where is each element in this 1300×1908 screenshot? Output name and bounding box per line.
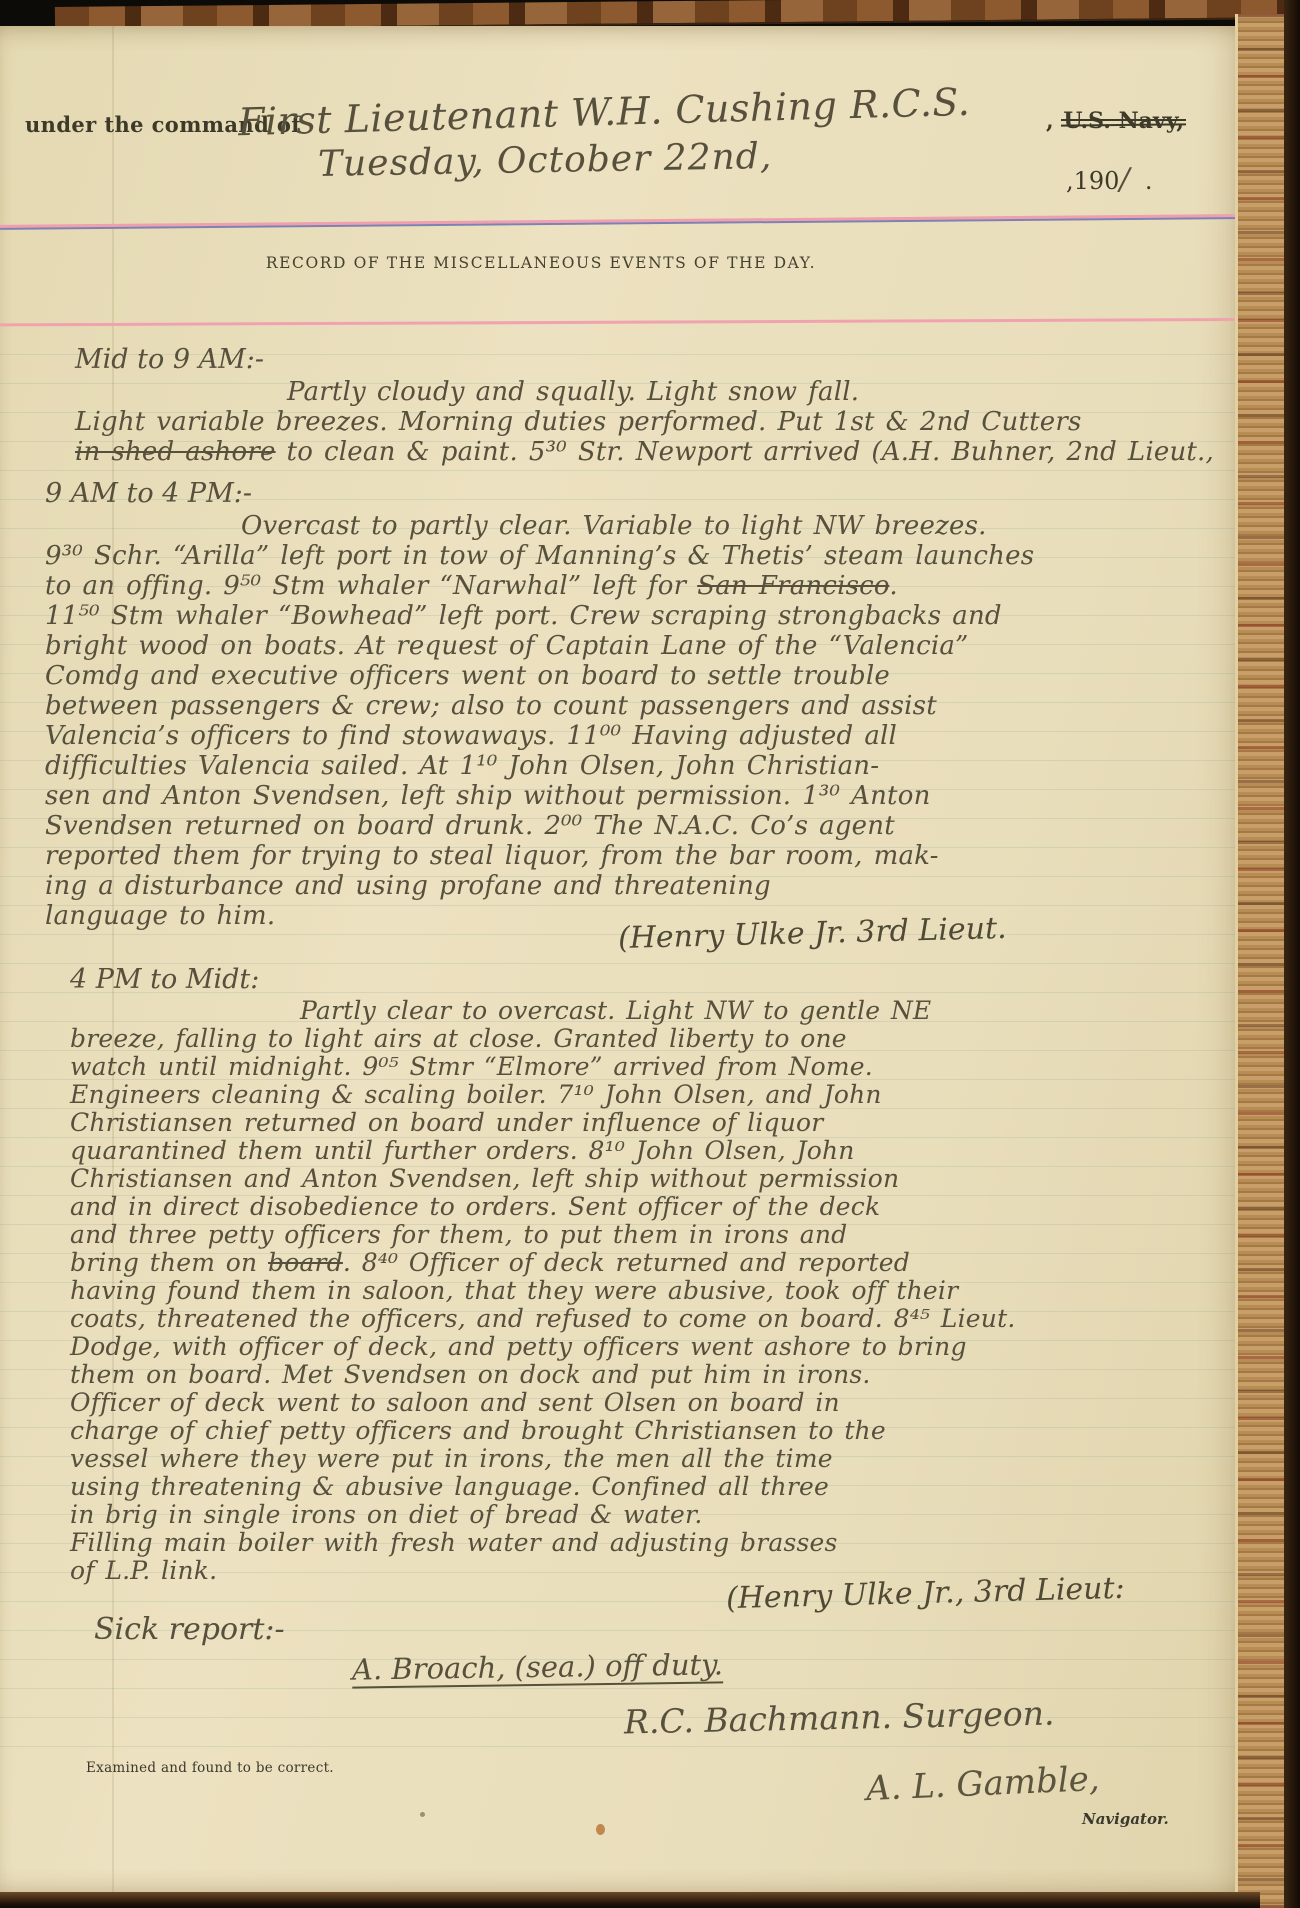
log-line: bright wood on boats. At request of Capt… [45, 631, 1212, 661]
photo-background: under the command of First Lieutenant W.… [0, 0, 1300, 1908]
log-line: quarantined them until further orders. 8… [70, 1137, 1212, 1165]
commander-name-handwritten: First Lieutenant W.H. Cushing R.C.S. [238, 80, 971, 144]
log-line: in brig in single irons on diet of bread… [70, 1501, 1212, 1529]
struck-text: board [268, 1248, 343, 1277]
log-line: Christiansen returned on board under inf… [70, 1109, 1212, 1137]
log-text: to clean & paint. 5³⁰ Str. Newport arriv… [276, 437, 1214, 467]
log-line: Partly clear to overcast. Light NW to ge… [70, 997, 1212, 1025]
period-dot: . [1145, 167, 1153, 195]
record-title: RECORD OF THE MISCELLANEOUS EVENTS OF TH… [0, 254, 1082, 272]
log-line: vessel where they were put in irons, the… [70, 1445, 1212, 1473]
log-line: Officer of deck went to saloon and sent … [70, 1389, 1212, 1417]
sick-report-entry: A. Broach, (sea.) off duty. [352, 1647, 723, 1686]
navy-label-struckthrough: U.S. Navy, [1061, 108, 1186, 134]
examined-printed-note: Examined and found to be correct. [86, 1760, 334, 1776]
log-line: sen and Anton Svendsen, left ship withou… [45, 781, 1212, 811]
log-line: watch until midnight. 9⁰⁵ Stmr “Elmore” … [70, 1053, 1212, 1081]
log-line: Engineers cleaning & scaling boiler. 7¹⁰… [70, 1081, 1212, 1109]
struck-text: in shed ashore [75, 437, 276, 467]
log-line: Christiansen and Anton Svendsen, left sh… [70, 1165, 1212, 1193]
log-text: to an offing. 9⁵⁰ Stm whaler “Narwhal” l… [45, 571, 697, 601]
log-line: Svendsen returned on board drunk. 2⁰⁰ Th… [45, 811, 1212, 841]
section-mid-to-9am: Mid to 9 AM:- Partly cloudy and squally.… [75, 344, 1212, 467]
sick-report-label: Sick report:- [94, 1612, 285, 1647]
book-bottom-edge [0, 1892, 1260, 1908]
log-line: using threatening & abusive language. Co… [70, 1473, 1212, 1501]
log-line: charge of chief petty officers and broug… [70, 1417, 1212, 1445]
section-9am-to-4pm: 9 AM to 4 PM:- Overcast to partly clear.… [45, 478, 1212, 931]
log-line: Overcast to partly clear. Variable to li… [45, 511, 1212, 541]
log-line: 9³⁰ Schr. “Arilla” left port in tow of M… [45, 541, 1212, 571]
section-label: Mid to 9 AM:- [75, 344, 1212, 375]
section-lines: Overcast to partly clear. Variable to li… [45, 511, 1212, 931]
year-printed-group: ,190/ . [1066, 162, 1152, 197]
log-line: between passengers & crew; also to count… [45, 691, 1212, 721]
log-line: bring them on board. 8⁴⁰ Officer of deck… [70, 1249, 1212, 1277]
log-line: Light variable breezes. Morning duties p… [75, 407, 1212, 437]
section-4pm-to-midnight: 4 PM to Midt: Partly clear to overcast. … [70, 964, 1212, 1585]
struck-text: San Francisco [697, 571, 889, 601]
log-line: difficulties Valencia sailed. At 1¹⁰ Joh… [45, 751, 1212, 781]
log-line: coats, threatened the officers, and refu… [70, 1305, 1212, 1333]
log-line: 11⁵⁰ Stm whaler “Bowhead” left port. Cre… [45, 601, 1212, 631]
logbook-page: under the command of First Lieutenant W.… [0, 26, 1242, 1894]
log-line: Partly cloudy and squally. Light snow fa… [75, 377, 1212, 407]
log-line: Filling main boiler with fresh water and… [70, 1529, 1212, 1557]
log-line: Comdg and executive officers went on boa… [45, 661, 1212, 691]
navy-comma: , [1046, 108, 1061, 134]
navigator-printed-label: Navigator. [1082, 1810, 1169, 1828]
log-line: breeze, falling to light airs at close. … [70, 1025, 1212, 1053]
log-line: them on board. Met Svendsen on dock and … [70, 1361, 1212, 1389]
section-lines: Partly cloudy and squally. Light snow fa… [75, 377, 1212, 467]
date-handwritten: Tuesday, October 22nd, [318, 136, 773, 185]
log-line: to an offing. 9⁵⁰ Stm whaler “Narwhal” l… [45, 571, 1212, 601]
log-line: Valencia’s officers to find stowaways. 1… [45, 721, 1212, 751]
book-fore-edge-shadow [1284, 0, 1300, 1908]
navigator-signature: A. L. Gamble, [865, 1759, 1100, 1809]
year-printed: ,190 [1066, 167, 1119, 195]
log-line: reported them for trying to steal liquor… [45, 841, 1212, 871]
log-line: in shed ashore to clean & paint. 5³⁰ Str… [75, 437, 1212, 467]
log-line: Dodge, with officer of deck, and petty o… [70, 1333, 1212, 1361]
log-line: ing a disturbance and using profane and … [45, 871, 1212, 901]
log-text: . [889, 571, 897, 601]
log-line: having found them in saloon, that they w… [70, 1277, 1212, 1305]
section-label: 9 AM to 4 PM:- [45, 478, 1212, 509]
header-rule-double [0, 214, 1242, 230]
log-line: and in direct disobedience to orders. Se… [70, 1193, 1212, 1221]
section-label: 4 PM to Midt: [70, 964, 1212, 995]
log-text: . 8⁴⁰ Officer of deck returned and repor… [343, 1248, 910, 1277]
year-digit-handwritten: / [1119, 162, 1129, 197]
page-stain [596, 1824, 605, 1835]
section-lines: Partly clear to overcast. Light NW to ge… [70, 997, 1212, 1585]
log-line: and three petty officers for them, to pu… [70, 1221, 1212, 1249]
navy-label-group: , U.S. Navy, [1046, 108, 1186, 134]
page-stain [420, 1812, 425, 1817]
log-text: bring them on [70, 1248, 268, 1277]
